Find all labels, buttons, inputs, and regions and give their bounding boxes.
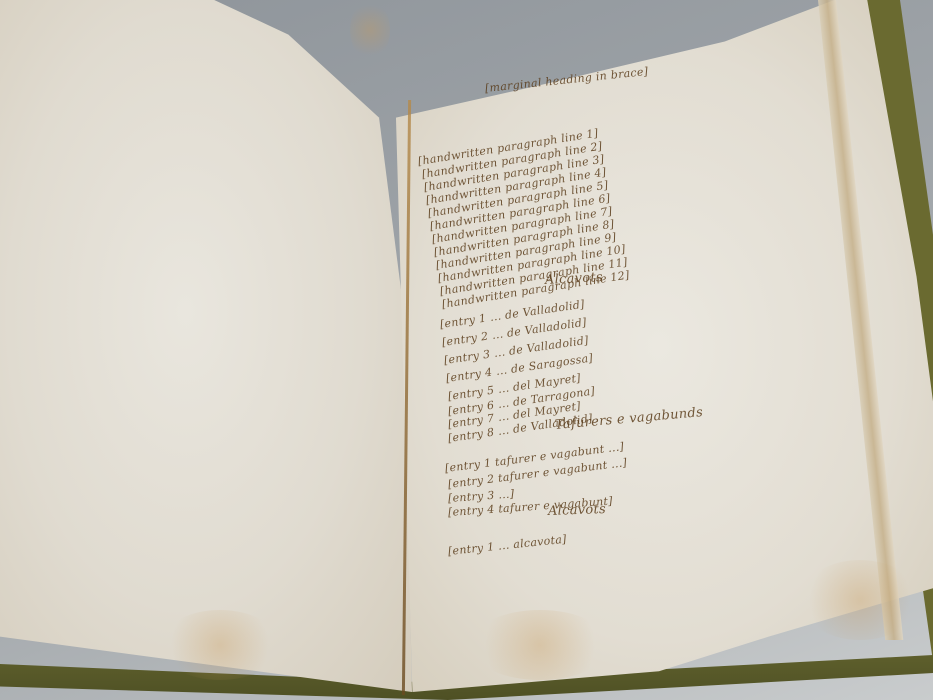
- section-heading: Alcavots: [545, 270, 604, 288]
- stain: [470, 610, 610, 680]
- stain: [350, 0, 390, 60]
- stain: [160, 610, 280, 680]
- left-page-blank: [0, 0, 412, 692]
- section-heading: Alcavots: [548, 502, 607, 519]
- manuscript-photo: [marginal heading in brace] [handwritten…: [0, 0, 933, 700]
- stain: [800, 560, 920, 640]
